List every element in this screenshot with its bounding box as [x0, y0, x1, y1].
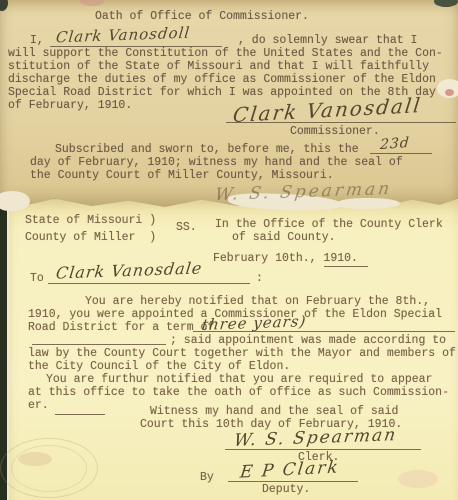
notice-date: February 10th., 1910. [213, 252, 358, 265]
oath-body-line: of February, 1910. [8, 99, 132, 112]
date-year-underline [324, 266, 368, 267]
jurat-day-handwritten: 23d [379, 135, 410, 153]
to-colon: : [256, 272, 263, 285]
notice-body-line: er. [28, 399, 49, 412]
to-label: To [30, 272, 44, 285]
notice-body-line: You are hereby notified that on February… [85, 295, 430, 308]
addressee-underline [48, 283, 250, 284]
oath-title: Oath of Office of Commissioner. [95, 10, 309, 23]
red-spot [445, 89, 454, 96]
faint-stain [18, 452, 52, 466]
notice-body-line: Road District for a term of [28, 321, 214, 334]
jurat-line: the County Court of Miller County, Misso… [30, 169, 334, 182]
notice-body-line: at this office to take the oath of offic… [28, 386, 449, 399]
oath-body-line: discharge the duties of my office as Com… [8, 73, 436, 86]
notice-body-line: You are furthur notified that you are re… [46, 373, 432, 386]
oath-intro-prefix: I, [30, 34, 44, 47]
scanned-document: Oath of Office of Commissioner. I, Clark… [0, 0, 458, 500]
jurat-line: Subscribed and sworn to, before me, this… [55, 143, 359, 156]
venue-county: County of Miller ) [25, 231, 156, 244]
notice-body-line: law by the County Court together with th… [28, 347, 456, 360]
oath-body-line: will support the Constitution of the Uni… [8, 47, 443, 60]
venue-state: State of Missouri ) [25, 214, 156, 227]
jurat-line: day of February, 1910; witness my hand a… [30, 156, 403, 169]
oath-body-line: stitution of the State of Missouri and t… [8, 60, 429, 73]
term-value-handwritten: three years) [201, 312, 308, 334]
notice-body-line: the City Council of the City of Eldon. [28, 360, 290, 373]
oath-intro-suffix: , do solemnly swear that I [238, 34, 417, 47]
witness-line: Witness my hand and the seal of said [150, 405, 398, 418]
blank-underline [32, 344, 166, 345]
by-label: By [200, 471, 214, 484]
notice-body-line: ; said appointment was made according to [170, 334, 446, 347]
venue-office-line: In the Office of the County Clerk [215, 218, 443, 231]
jurat-day-underline [370, 153, 432, 154]
venue-office-line: of said County. [232, 231, 336, 244]
embossed-seal-icon [0, 438, 98, 498]
commissioner-caption: Commissioner. [290, 125, 380, 138]
deputy-caption: Deputy. [262, 483, 310, 496]
short-blank-underline [55, 414, 105, 415]
venue-ss: SS. [176, 221, 197, 234]
faint-stain [398, 470, 438, 488]
